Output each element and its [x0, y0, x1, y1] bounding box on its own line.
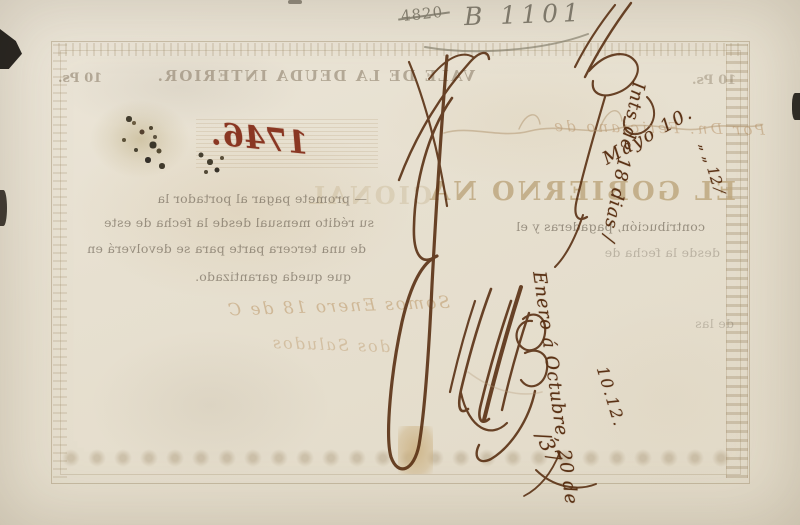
signature-stroke: [414, 98, 452, 260]
ghost-script-squiggle: [519, 115, 540, 129]
signature-flourishes: [0, 0, 800, 525]
signature-stroke: [575, 97, 605, 219]
pencil-underline-curve: [425, 34, 588, 51]
signature-stroke: [459, 289, 491, 411]
photo-edge-shadow: [0, 190, 7, 226]
signature-stroke: [502, 313, 529, 410]
document-photo: 4820 B 1101 10 Ps. VALE DE LA DEUDA INTE…: [0, 0, 800, 525]
photo-edge-shadow: [288, 0, 302, 4]
ghost-script-squiggle: [468, 372, 542, 394]
signature-stroke: [477, 391, 535, 461]
ghost-script-squiggle: [444, 125, 762, 134]
signature-stroke: [389, 56, 447, 469]
signature-stroke: [479, 301, 511, 422]
signature-stroke: [555, 215, 583, 267]
photo-edge-shadow: [792, 93, 800, 120]
